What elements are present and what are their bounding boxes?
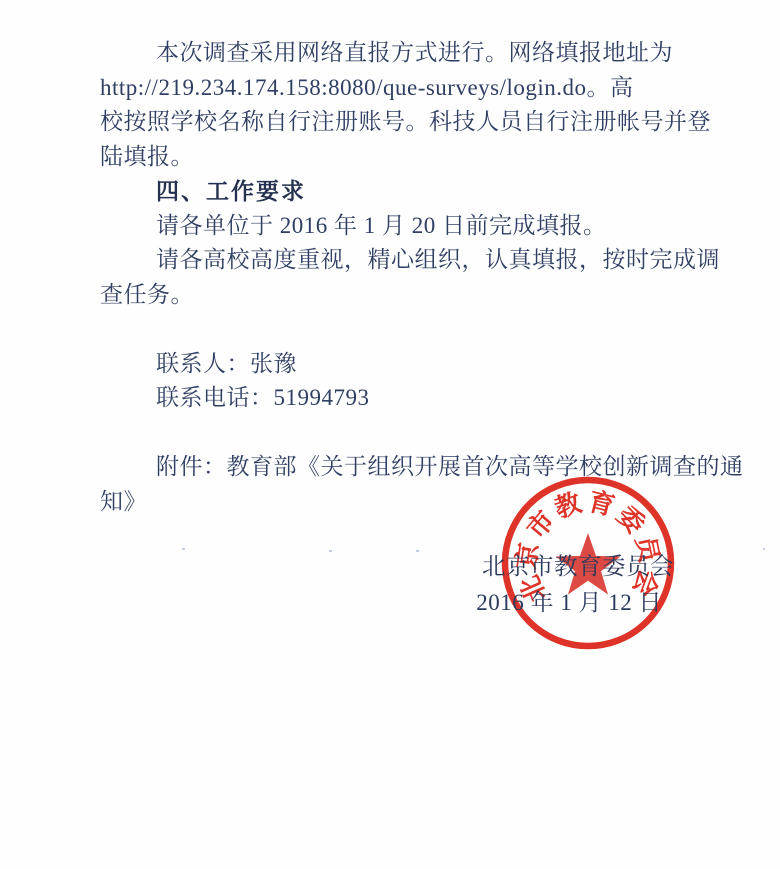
signature-issuer: 北京市教育委员会 — [482, 552, 674, 582]
paragraph-line: 本次调查采用网络直报方式进行。网络填报地址为 — [100, 36, 692, 71]
scan-speck — [763, 548, 765, 550]
contact-person-line: 联系人：张豫 — [100, 347, 692, 382]
paragraph-line-url: http://219.234.174.158:8080/que-surveys/… — [100, 71, 692, 106]
scanned-document-page: 本次调查采用网络直报方式进行。网络填报地址为 http://219.234.17… — [0, 0, 780, 869]
contact-phone-line: 联系电话：51994793 — [100, 381, 692, 416]
paragraph-line: 陆填报。 — [100, 140, 692, 175]
section-heading: 四、工作要求 — [100, 174, 692, 209]
scan-speck — [182, 548, 185, 550]
signature-date: 2016 年 1 月 12 日 — [476, 588, 662, 618]
document-body: 本次调查采用网络直报方式进行。网络填报地址为 http://219.234.17… — [100, 36, 692, 519]
attachment-line: 附件：教育部《关于组织开展首次高等学校创新调查的通 — [100, 450, 692, 485]
scan-speck — [329, 550, 332, 552]
attachment-line-continued: 知》 — [100, 485, 692, 520]
paragraph-line: 请各高校高度重视，精心组织，认真填报，按时完成调 — [100, 243, 692, 278]
paragraph-line: 查任务。 — [100, 278, 692, 313]
scan-speck — [416, 550, 419, 552]
paragraph-line: 请各单位于 2016 年 1 月 20 日前完成填报。 — [100, 209, 692, 244]
paragraph-line: 校按照学校名称自行注册账号。科技人员自行注册帐号并登 — [100, 105, 692, 140]
